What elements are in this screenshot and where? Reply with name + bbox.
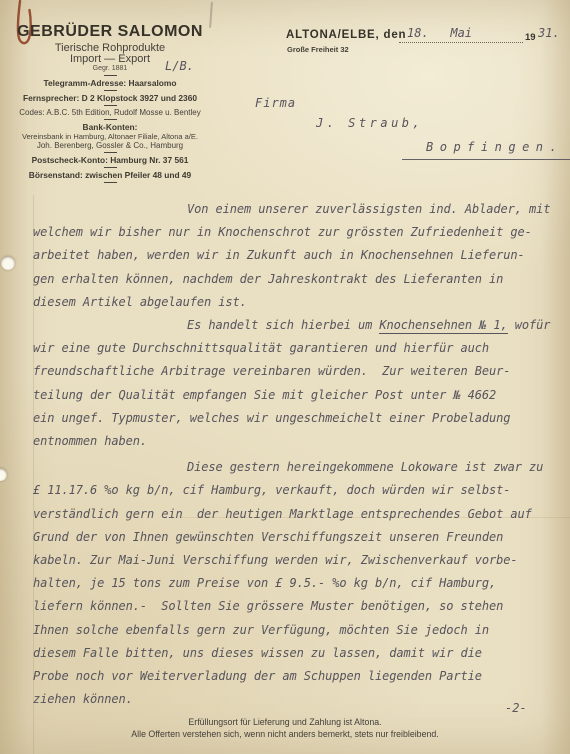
printed-year-prefix: 19 xyxy=(525,32,536,43)
place-line: ALTONA/ELBE, den xyxy=(286,29,406,41)
typed-date: 18. Mai xyxy=(407,26,472,40)
body-line: teilung der Qualität empfangen Sie mit g… xyxy=(33,384,567,407)
postal-account: Postscheck-Konto: Hamburg Nr. 37 561 xyxy=(8,155,212,165)
body-line: Probe noch vor Weiterverladung der am Sc… xyxy=(33,665,567,688)
bank-line-1: Vereinsbank in Hamburg, Altonaer Filiale… xyxy=(8,132,212,141)
body-line: freundschaftliche Arbitrage vereinbaren … xyxy=(33,360,567,383)
divider xyxy=(104,90,117,91)
body-line: verständlich gern ein der heutigen Markt… xyxy=(33,503,567,526)
punch-hole xyxy=(0,468,7,481)
recipient-city: Bopfingen. xyxy=(426,140,563,154)
body-line: ein ungef. Typmuster, welches wir ungesc… xyxy=(33,407,567,430)
divider xyxy=(104,152,117,153)
footer-line-2: Alle Offerten verstehen sich, wenn nicht… xyxy=(0,728,570,740)
telegram-address: Telegramm-Adresse: Haarsalomo xyxy=(8,78,212,88)
divider xyxy=(104,105,117,106)
body-line: halten, je 15 tons zum Preise von £ 9.5.… xyxy=(33,572,567,595)
recipient-salutation: Firma xyxy=(255,96,296,110)
divider xyxy=(104,182,117,183)
reference-mark: L/B. xyxy=(165,59,194,73)
bank-line-2: Joh. Berenberg, Gossler & Co., Hamburg xyxy=(8,141,212,150)
phone-line: Fernsprecher: D 2 Klopstock 3927 und 236… xyxy=(8,93,212,103)
body-line: welchem wir bisher nur in Knochenschrot … xyxy=(33,221,567,244)
body-line: liefern können.- Sollten Sie grössere Mu… xyxy=(33,595,567,618)
codes-line: Codes: A.B.C. 5th Edition, Rudolf Mosse … xyxy=(8,108,212,117)
body-line: wir eine gute Durchschnittsqualität gara… xyxy=(33,337,567,360)
punch-hole xyxy=(1,256,15,270)
body-line: gen erhalten können, nachdem der Jahresk… xyxy=(33,268,567,291)
body-line: Grund der von Ihnen gewünschten Verschif… xyxy=(33,526,567,549)
body-line: ziehen können. xyxy=(33,688,567,711)
body-text: wofür xyxy=(508,318,551,332)
typed-year: 31. xyxy=(538,26,560,40)
body-line: kabeln. Zur Mai-Juni Verschiffung werden… xyxy=(33,549,567,572)
divider xyxy=(104,167,117,168)
divider xyxy=(104,119,117,120)
bank-heading: Bank-Konten: xyxy=(8,122,212,132)
company-name: GEBRÜDER SALOMON xyxy=(8,24,212,40)
recipient-name: J. Straub, xyxy=(316,116,423,130)
body-line: arbeitet haben, werden wir in Zukunft au… xyxy=(33,244,567,267)
footer-line-1: Erfüllungsort für Lieferung und Zahlung … xyxy=(0,716,570,728)
divider xyxy=(104,75,117,76)
letter-footer: Erfüllungsort für Lieferung und Zahlung … xyxy=(0,716,570,740)
body-line: £ 11.17.6 %o kg b/n, cif Hamburg, verkau… xyxy=(33,479,567,502)
street-address: Große Freiheit 32 xyxy=(287,45,349,54)
letter-body: Von einem unserer zuverlässigsten ind. A… xyxy=(33,198,567,711)
body-line: Es handelt sich hierbei um Knochensehnen… xyxy=(33,314,567,337)
body-text: Es handelt sich hierbei um xyxy=(187,318,379,332)
underlined-subject: Knochensehnen № 1, xyxy=(379,318,507,334)
body-line: diesem Falle bitten, uns dieses wissen z… xyxy=(33,642,567,665)
body-line: diesem Artikel abgelaufen ist. xyxy=(33,291,567,314)
page-number: -2- xyxy=(505,701,527,715)
exchange-stand: Börsenstand: zwischen Pfeiler 48 und 49 xyxy=(8,170,212,180)
recipient-underline xyxy=(402,159,570,160)
body-line: entnommen haben. xyxy=(33,430,567,453)
body-line: Von einem unserer zuverlässigsten ind. A… xyxy=(33,198,567,221)
letter-page: GEBRÜDER SALOMON Tierische Rohprodukte I… xyxy=(0,0,570,754)
body-line: Ihnen solche ebenfalls gern zur Verfügun… xyxy=(33,619,567,642)
letterhead: GEBRÜDER SALOMON Tierische Rohprodukte I… xyxy=(8,24,212,185)
body-line: Diese gestern hereingekommene Lokoware i… xyxy=(33,456,567,479)
